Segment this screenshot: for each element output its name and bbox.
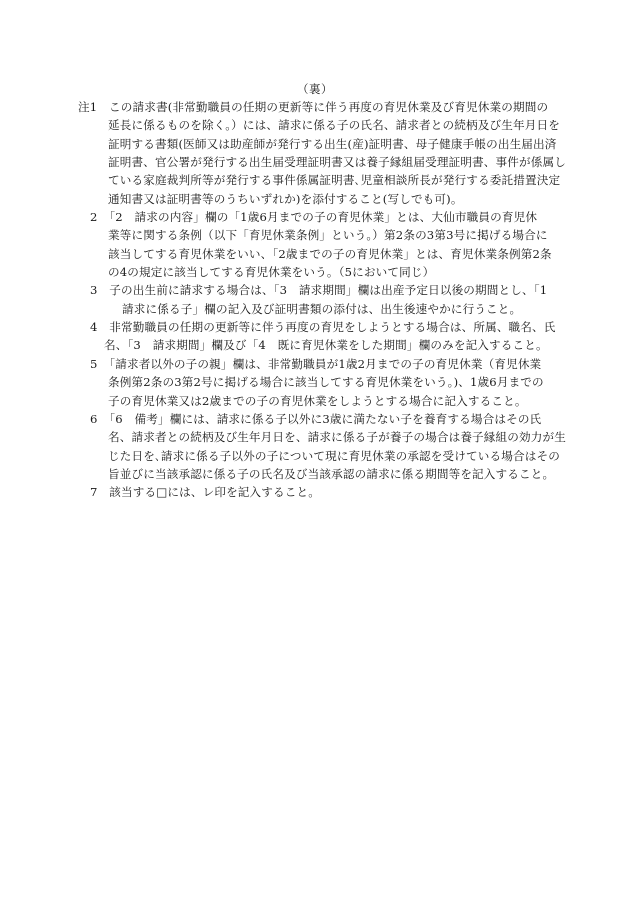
note-line: 4 非常勤職員の任期の更新等に伴う再度の育児をしようとする場合は、所属、職名、氏 bbox=[78, 318, 558, 336]
note-4: 4 非常勤職員の任期の更新等に伴う再度の育児をしようとする場合は、所属、職名、氏… bbox=[78, 318, 558, 355]
note-line: 請求に係る子」欄の記入及び証明書類の添付は、出生後速やかに行うこと。 bbox=[78, 300, 558, 318]
note-line: の4の規定に該当してする育児休業をいう。（5において同じ） bbox=[78, 263, 558, 281]
note-line: 該当してする育児休業をいい、「2歳までの子の育児休業」とは、育児休業条例第2条 bbox=[78, 245, 558, 263]
note-2: 2 「2 請求の内容」欄の「1歳6月までの子の育児休業」とは、大仙市職員の育児休… bbox=[78, 208, 558, 281]
note-line: 旨並びに当該承認に係る子の氏名及び当該承認の請求に係る期間等を記入すること。 bbox=[78, 465, 558, 483]
note-line: 名、請求者との続柄及び生年月日を、請求に係る子が養子の場合は養子縁組の効力が生 bbox=[78, 428, 558, 446]
note-line: 業等に関する条例（以下「育児休業条例」という。）第2条の3第3号に掲げる場合に bbox=[78, 226, 558, 244]
note-line: 2 「2 請求の内容」欄の「1歳6月までの子の育児休業」とは、大仙市職員の育児休 bbox=[78, 208, 558, 226]
note-line: 証明書、官公署が発行する出生届受理証明書又は養子縁組届受理証明書、事件が係属し bbox=[78, 153, 558, 171]
note-line: じた日を､請求に係る子以外の子について現に育児休業の承認を受けている場合はその bbox=[78, 447, 558, 465]
notes-list: 注1 この請求書(非常勤職員の任期の更新等に伴う再度の育児休業及び育児休業の期間… bbox=[78, 98, 558, 502]
document-page: （裏） 注1 この請求書(非常勤職員の任期の更新等に伴う再度の育児休業及び育児休… bbox=[0, 0, 630, 903]
note-line: 子の育児休業又は2歳までの子の育児休業をしようとする場合に記入すること。 bbox=[78, 392, 558, 410]
note-5: 5 「請求者以外の子の親」欄は、非常勤職員が1歳2月までの子の育児休業（育児休業… bbox=[78, 355, 558, 410]
note-line: 通知書又は証明書等のうちいずれか)を添付すること(写しでも可)。 bbox=[78, 190, 558, 208]
note-line: 延長に係るものを除く。）には、請求に係る子の氏名、請求者との続柄及び生年月日を bbox=[78, 116, 558, 134]
note-7: 7 該当する□には、レ印を記入すること。 bbox=[78, 483, 558, 501]
note-line: 6 「6 備考」欄には、請求に係る子以外に3歳に満たない子を養育する場合はその氏 bbox=[78, 410, 558, 428]
note-line: 名、「3 請求期間」欄及び「4 既に育児休業をした期間」欄のみを記入すること。 bbox=[78, 336, 558, 354]
note-line: 注1 この請求書(非常勤職員の任期の更新等に伴う再度の育児休業及び育児休業の期間… bbox=[78, 98, 558, 116]
note-line: 5 「請求者以外の子の親」欄は、非常勤職員が1歳2月までの子の育児休業（育児休業 bbox=[78, 355, 558, 373]
note-line: 条例第2条の3第2号に掲げる場合に該当してする育児休業をいう。)、1歳6月までの bbox=[78, 373, 558, 391]
note-6: 6 「6 備考」欄には、請求に係る子以外に3歳に満たない子を養育する場合はその氏… bbox=[78, 410, 558, 483]
note-line: 証明する書類(医師又は助産師が発行する出生(産)証明書、母子健康手帳の出生届出済 bbox=[78, 135, 558, 153]
note-line: ている家庭裁判所等が発行する事件係属証明書､児童相談所長が発行する委託措置決定 bbox=[78, 171, 558, 189]
page-title: （裏） bbox=[0, 80, 630, 98]
note-line: 3 子の出生前に請求する場合は、「3 請求期間」欄は出産予定日以後の期間とし、「… bbox=[78, 281, 558, 299]
note-3: 3 子の出生前に請求する場合は、「3 請求期間」欄は出産予定日以後の期間とし、「… bbox=[78, 281, 558, 318]
note-1: 注1 この請求書(非常勤職員の任期の更新等に伴う再度の育児休業及び育児休業の期間… bbox=[78, 98, 558, 208]
note-line: 7 該当する□には、レ印を記入すること。 bbox=[78, 483, 558, 501]
